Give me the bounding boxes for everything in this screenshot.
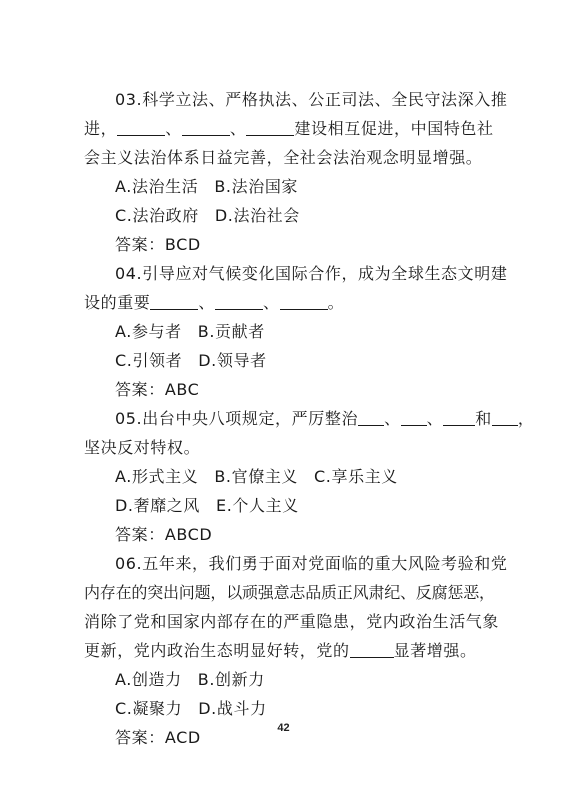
- question-number: 04.: [115, 264, 142, 283]
- answer-value: BCD: [165, 235, 201, 254]
- options-row: A.参与者B.贡献者: [84, 317, 488, 346]
- answer-line: 答案：ABCD: [84, 520, 488, 549]
- separator: ，: [518, 409, 535, 428]
- answer-value: ABCD: [165, 525, 213, 544]
- answer-value: ABC: [165, 380, 200, 399]
- options-row: A.法治生活B.法治国家: [84, 172, 488, 201]
- question-text: 进，、、建设相互促进，中国特色社: [84, 114, 488, 143]
- fill-blank: [358, 408, 384, 426]
- question-text: 会主义法治体系日益完善，全社会法治观念明显增强。: [84, 143, 488, 172]
- fill-blank: [150, 292, 198, 310]
- options-row: C.引领者D.领导者: [84, 346, 488, 375]
- fill-blank: [117, 118, 165, 136]
- fill-blank: [280, 292, 328, 310]
- separator: 、: [165, 119, 182, 138]
- answer-label: 答案：: [115, 380, 165, 399]
- question-number: 06.: [115, 554, 142, 573]
- fill-blank: [350, 640, 394, 658]
- fill-blank: [401, 408, 427, 426]
- answer-label: 答案：: [115, 525, 165, 544]
- question-stem: 显著增强。: [394, 641, 477, 660]
- question-text: 05.出台中央八项规定，严厉整治、、和，: [84, 404, 488, 433]
- question-number: 03.: [115, 90, 142, 109]
- question-text: 04.引导应对气候变化国际合作，成为全球生态文明建: [84, 259, 488, 288]
- question-number: 05.: [115, 409, 142, 428]
- option-b: B.官僚主义: [214, 467, 298, 486]
- question-05: 05.出台中央八项规定，严厉整治、、和， 坚决反对特权。 A.形式主义B.官僚主…: [84, 404, 488, 549]
- option-d: D.奢靡之风: [115, 496, 200, 515]
- option-b: B.法治国家: [214, 177, 298, 196]
- separator: 、: [427, 409, 444, 428]
- option-a: A.创造力: [115, 670, 182, 689]
- option-a: A.法治生活: [115, 177, 198, 196]
- question-stem: 。: [328, 293, 345, 312]
- option-c: C.法治政府: [115, 206, 199, 225]
- option-c: C.引领者: [115, 351, 182, 370]
- question-stem: 进，: [84, 119, 117, 138]
- option-d: D.法治社会: [215, 206, 300, 225]
- question-stem: 更新，党内政治生态明显好转，党的: [84, 641, 350, 660]
- separator: 、: [230, 119, 247, 138]
- option-d: D.战斗力: [198, 699, 266, 718]
- option-d: D.领导者: [198, 351, 266, 370]
- option-a: A.参与者: [115, 322, 182, 341]
- option-b: B.创新力: [198, 670, 265, 689]
- question-stem: 设的重要: [84, 293, 150, 312]
- question-stem: 建设相互促进，中国特色社: [294, 119, 493, 138]
- option-c: C.凝聚力: [115, 699, 182, 718]
- question-03: 03.科学立法、严格执法、公正司法、全民守法深入推 进，、、建设相互促进，中国特…: [84, 85, 488, 259]
- question-text: 06.五年来，我们勇于面对党面临的重大风险考验和党: [84, 549, 488, 578]
- question-text: 设的重要、、。: [84, 288, 488, 317]
- options-row: C.法治政府D.法治社会: [84, 201, 488, 230]
- question-text: 消除了党和国家内部存在的严重隐患，党内政治生活气象: [84, 607, 488, 636]
- question-text: 坚决反对特权。: [84, 433, 488, 462]
- options-row: D.奢靡之风E.个人主义: [84, 491, 488, 520]
- option-b: B.贡献者: [198, 322, 265, 341]
- answer-line: 答案：BCD: [84, 230, 488, 259]
- options-row: A.形式主义B.官僚主义C.享乐主义: [84, 462, 488, 491]
- options-row: C.凝聚力D.战斗力: [84, 694, 488, 723]
- separator: 、: [384, 409, 401, 428]
- separator: 、: [263, 293, 280, 312]
- question-text: 更新，党内政治生态明显好转，党的显著增强。: [84, 636, 488, 665]
- answer-line: 答案：ABC: [84, 375, 488, 404]
- question-text: 03.科学立法、严格执法、公正司法、全民守法深入推: [84, 85, 488, 114]
- question-stem: 出台中央八项规定，严厉整治: [142, 409, 358, 428]
- options-row: A.创造力B.创新力: [84, 665, 488, 694]
- question-04: 04.引导应对气候变化国际合作，成为全球生态文明建 设的重要、、。 A.参与者B…: [84, 259, 488, 404]
- question-stem: 科学立法、严格执法、公正司法、全民守法深入推: [142, 90, 507, 109]
- fill-blank: [246, 118, 294, 136]
- option-c: C.享乐主义: [314, 467, 398, 486]
- question-stem: 和: [475, 409, 492, 428]
- question-text: 内存在的突出问题，以顽强意志品质正风肃纪、反腐惩恶，: [84, 578, 488, 607]
- page-number: 42: [0, 722, 567, 734]
- document-body: 03.科学立法、严格执法、公正司法、全民守法深入推 进，、、建设相互促进，中国特…: [84, 85, 488, 752]
- fill-blank: [443, 408, 475, 426]
- separator: 、: [198, 293, 215, 312]
- option-a: A.形式主义: [115, 467, 198, 486]
- fill-blank: [492, 408, 518, 426]
- fill-blank: [215, 292, 263, 310]
- question-stem: 引导应对气候变化国际合作，成为全球生态文明建: [142, 264, 507, 283]
- answer-label: 答案：: [115, 235, 165, 254]
- fill-blank: [182, 118, 230, 136]
- question-stem: 五年来，我们勇于面对党面临的重大风险考验和党: [142, 554, 507, 573]
- option-e: E.个人主义: [216, 496, 299, 515]
